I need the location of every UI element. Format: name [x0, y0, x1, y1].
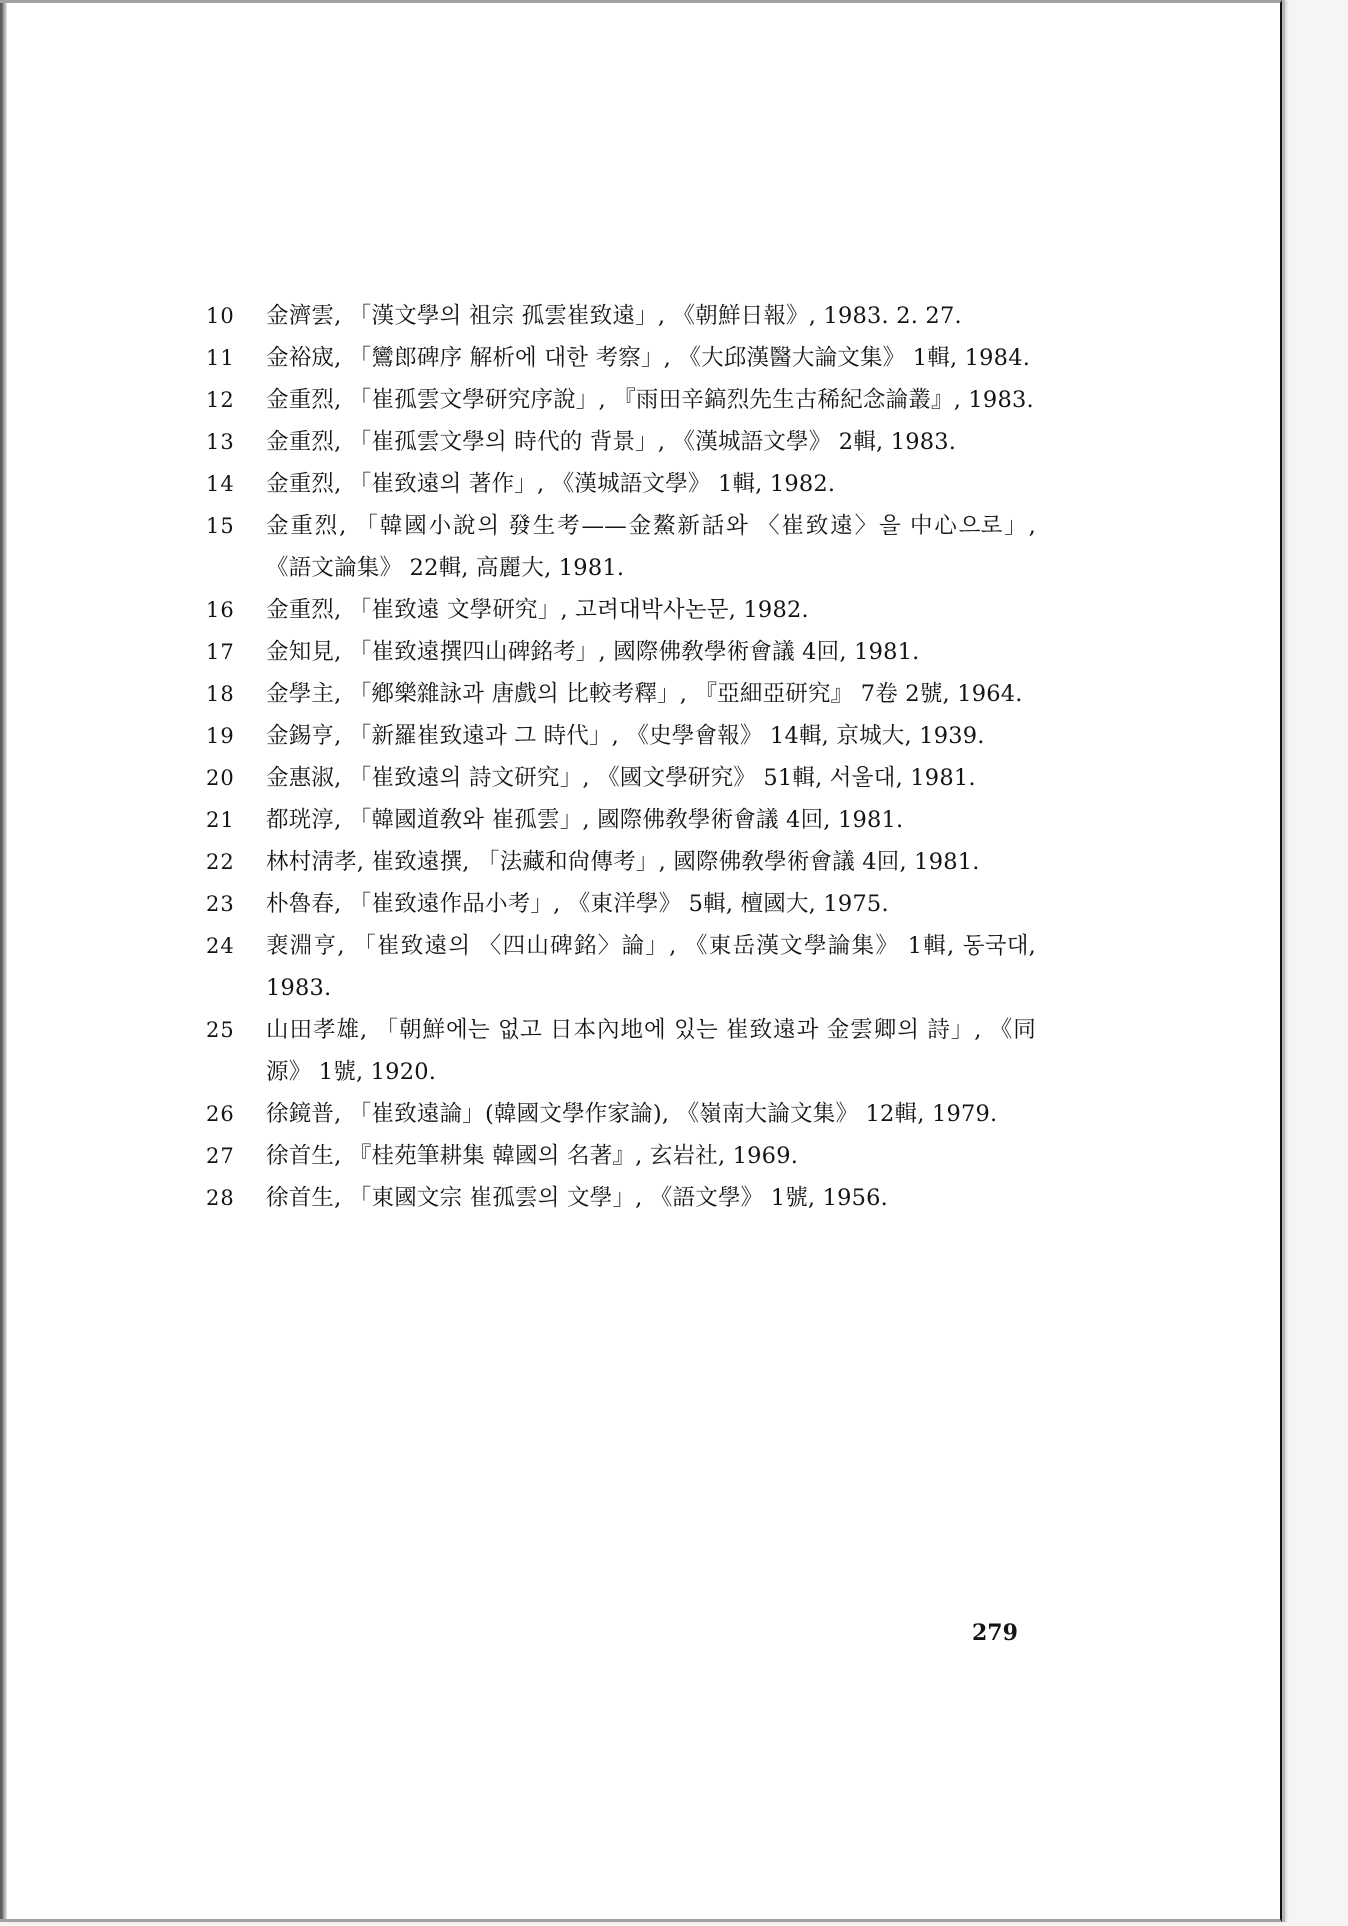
entry-text: 金重烈, 「崔致遠 文學研究」, 고려대박사논문, 1982.: [266, 589, 1036, 631]
entry-text: 金重烈, 「崔孤雲文學研究序說」, 『雨田辛鎬烈先生古稀紀念論叢』, 1983.: [266, 379, 1036, 421]
entry-number: 23: [206, 883, 266, 925]
entry-text: 林村淸孝, 崔致遠撰, 「法藏和尙傳考」, 國際佛敎學術會議 4回, 1981.: [266, 841, 1036, 883]
entry-text: 金知見, 「崔致遠撰四山碑銘考」, 國際佛敎學術會議 4回, 1981.: [266, 631, 1036, 673]
bibliography-entry: 25 山田孝雄, 「朝鮮에는 없고 日本內地에 있는 崔致遠과 金雲卿의 詩」,…: [206, 1009, 1036, 1093]
entry-text: 徐鏡普, 「崔致遠論」(韓國文學作家論), 《嶺南大論文集》 12輯, 1979…: [266, 1093, 1036, 1135]
entry-number: 25: [206, 1009, 266, 1051]
bibliography-entry: 27 徐首生, 『桂苑筆耕集 韓國의 名著』, 玄岩社, 1969.: [206, 1135, 1036, 1177]
bibliography-entry: 19 金錫亨, 「新羅崔致遠과 그 時代」, 《史學會報》 14輯, 京城大, …: [206, 715, 1036, 757]
entry-text: 金惠淑, 「崔致遠의 詩文研究」, 《國文學研究》 51輯, 서울대, 1981…: [266, 757, 1036, 799]
entry-text: 金學主, 「鄕樂雜詠과 唐戲의 比較考釋」, 『亞細亞研究』 7卷 2號, 19…: [266, 673, 1036, 715]
bibliography-entry: 22 林村淸孝, 崔致遠撰, 「法藏和尙傳考」, 國際佛敎學術會議 4回, 19…: [206, 841, 1036, 883]
entry-number: 21: [206, 799, 266, 841]
bibliography-entry: 10 金濟雲, 「漢文學의 祖宗 孤雲崔致遠」, 《朝鮮日報》, 1983. 2…: [206, 295, 1036, 337]
entry-number: 13: [206, 421, 266, 463]
bibliography-entry: 26 徐鏡普, 「崔致遠論」(韓國文學作家論), 《嶺南大論文集》 12輯, 1…: [206, 1093, 1036, 1135]
entry-text: 金濟雲, 「漢文學의 祖宗 孤雲崔致遠」, 《朝鮮日報》, 1983. 2. 2…: [266, 295, 1036, 337]
document-page: 10 金濟雲, 「漢文學의 祖宗 孤雲崔致遠」, 《朝鮮日報》, 1983. 2…: [0, 0, 1282, 1922]
entry-text: 裵淵亨, 「崔致遠의 〈四山碑銘〉論」, 《東岳漢文學論集》 1輯, 동국대, …: [266, 925, 1036, 1009]
bibliography-entry: 24 裵淵亨, 「崔致遠의 〈四山碑銘〉論」, 《東岳漢文學論集》 1輯, 동국…: [206, 925, 1036, 1009]
entry-number: 24: [206, 925, 266, 967]
bibliography-entry: 12 金重烈, 「崔孤雲文學研究序說」, 『雨田辛鎬烈先生古稀紀念論叢』, 19…: [206, 379, 1036, 421]
entry-text: 山田孝雄, 「朝鮮에는 없고 日本內地에 있는 崔致遠과 金雲卿의 詩」, 《同…: [266, 1009, 1036, 1093]
bibliography-entry: 21 都珖淳, 「韓國道敎와 崔孤雲」, 國際佛敎學術會議 4回, 1981.: [206, 799, 1036, 841]
bibliography-entry: 20 金惠淑, 「崔致遠의 詩文研究」, 《國文學研究》 51輯, 서울대, 1…: [206, 757, 1036, 799]
entry-text: 金裕宬, 「鸞郎碑序 解析에 대한 考察」, 《大邱漢醫大論文集》 1輯, 19…: [266, 337, 1036, 379]
entry-text: 金重烈, 「崔孤雲文學의 時代的 背景」, 《漢城語文學》 2輯, 1983.: [266, 421, 1036, 463]
bibliography-entry: 18 金學主, 「鄕樂雜詠과 唐戲의 比較考釋」, 『亞細亞研究』 7卷 2號,…: [206, 673, 1036, 715]
entry-number: 28: [206, 1177, 266, 1219]
bibliography-entry: 23 朴魯春, 「崔致遠作品小考」, 《東洋學》 5輯, 檀國大, 1975.: [206, 883, 1036, 925]
entry-number: 19: [206, 715, 266, 757]
entry-number: 27: [206, 1135, 266, 1177]
entry-number: 26: [206, 1093, 266, 1135]
entry-number: 10: [206, 295, 266, 337]
entry-number: 20: [206, 757, 266, 799]
bibliography-list: 10 金濟雲, 「漢文學의 祖宗 孤雲崔致遠」, 《朝鮮日報》, 1983. 2…: [206, 295, 1036, 1219]
entry-number: 14: [206, 463, 266, 505]
page-number: 279: [972, 1617, 1018, 1649]
entry-number: 17: [206, 631, 266, 673]
entry-text: 金錫亨, 「新羅崔致遠과 그 時代」, 《史學會報》 14輯, 京城大, 193…: [266, 715, 1036, 757]
bibliography-entry: 16 金重烈, 「崔致遠 文學研究」, 고려대박사논문, 1982.: [206, 589, 1036, 631]
entry-number: 22: [206, 841, 266, 883]
entry-number: 18: [206, 673, 266, 715]
entry-text: 徐首生, 『桂苑筆耕集 韓國의 名著』, 玄岩社, 1969.: [266, 1135, 1036, 1177]
bibliography-entry: 15 金重烈, 「韓國小說의 發生考——金鰲新話와 〈崔致遠〉을 中心으로」, …: [206, 505, 1036, 589]
entry-text: 徐首生, 「東國文宗 崔孤雲의 文學」, 《語文學》 1號, 1956.: [266, 1177, 1036, 1219]
entry-number: 12: [206, 379, 266, 421]
entry-text: 都珖淳, 「韓國道敎와 崔孤雲」, 國際佛敎學術會議 4回, 1981.: [266, 799, 1036, 841]
bibliography-entry: 11 金裕宬, 「鸞郎碑序 解析에 대한 考察」, 《大邱漢醫大論文集》 1輯,…: [206, 337, 1036, 379]
bibliography-entry: 28 徐首生, 「東國文宗 崔孤雲의 文學」, 《語文學》 1號, 1956.: [206, 1177, 1036, 1219]
page-left-edge: [0, 3, 7, 1919]
entry-text: 金重烈, 「韓國小說의 發生考——金鰲新話와 〈崔致遠〉을 中心으로」, 《語文…: [266, 505, 1036, 589]
entry-text: 朴魯春, 「崔致遠作品小考」, 《東洋學》 5輯, 檀國大, 1975.: [266, 883, 1036, 925]
entry-number: 15: [206, 505, 266, 547]
bibliography-entry: 13 金重烈, 「崔孤雲文學의 時代的 背景」, 《漢城語文學》 2輯, 198…: [206, 421, 1036, 463]
bibliography-entry: 17 金知見, 「崔致遠撰四山碑銘考」, 國際佛敎學術會議 4回, 1981.: [206, 631, 1036, 673]
entry-number: 11: [206, 337, 266, 379]
bibliography-entry: 14 金重烈, 「崔致遠의 著作」, 《漢城語文學》 1輯, 1982.: [206, 463, 1036, 505]
entry-number: 16: [206, 589, 266, 631]
entry-text: 金重烈, 「崔致遠의 著作」, 《漢城語文學》 1輯, 1982.: [266, 463, 1036, 505]
